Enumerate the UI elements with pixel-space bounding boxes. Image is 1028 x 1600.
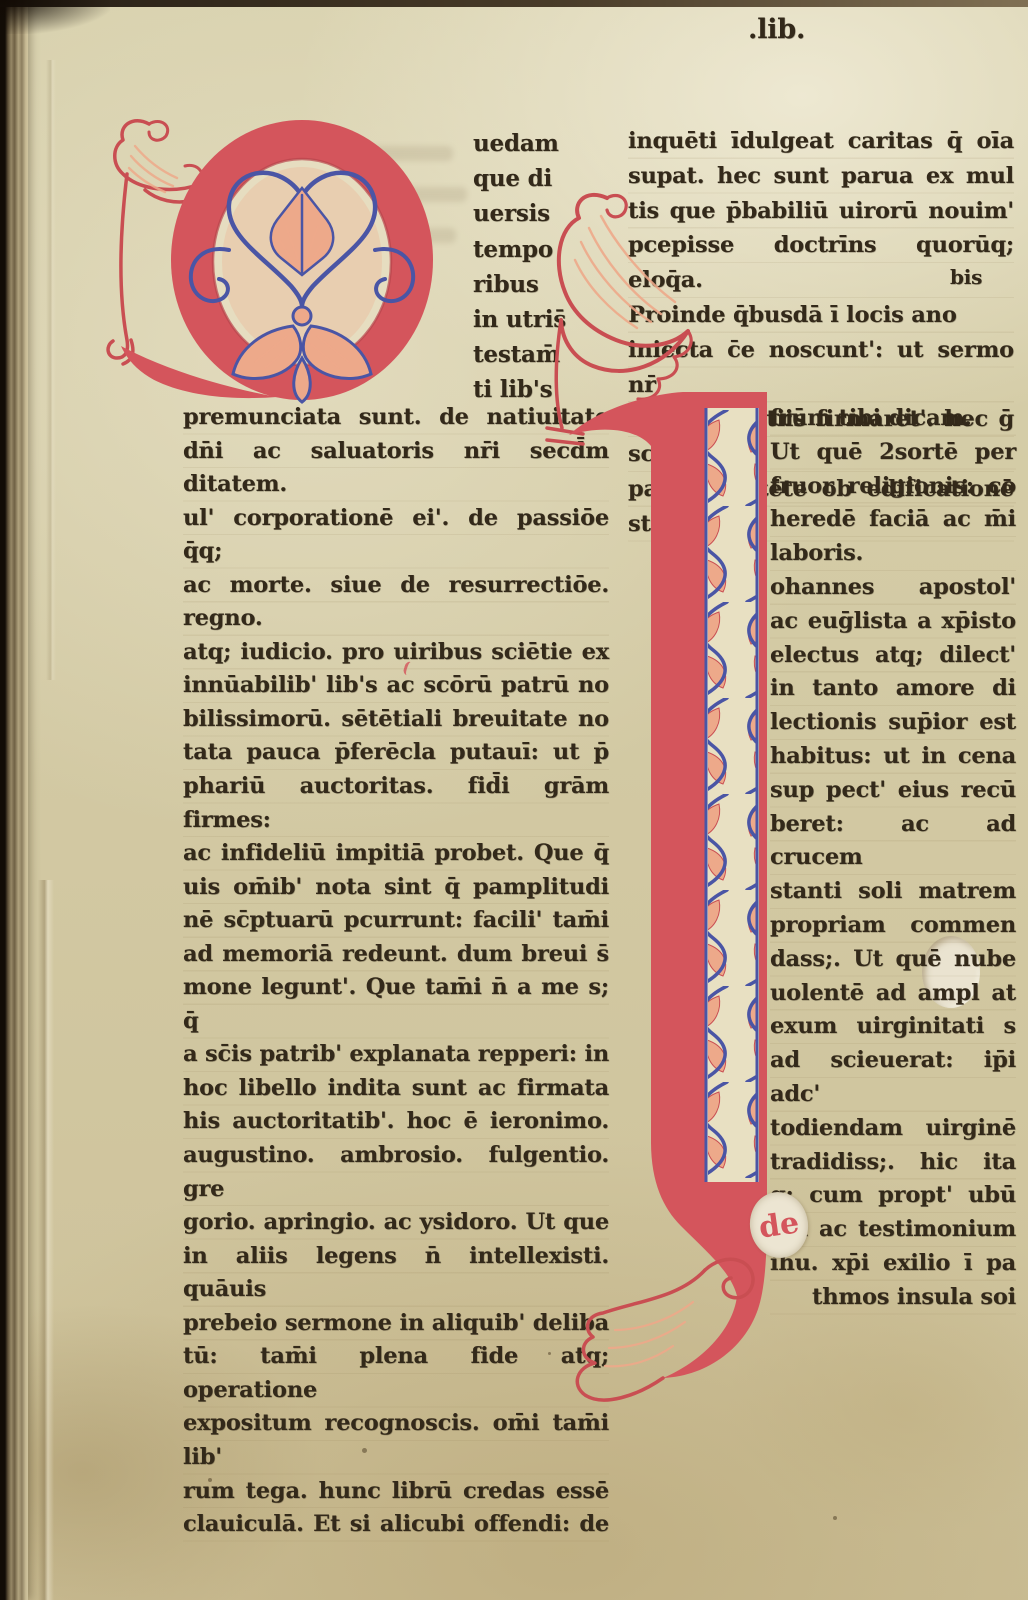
parchment-fold-upper <box>46 60 56 680</box>
text-line: dass;. Ut quē nube <box>770 943 1016 977</box>
text-line: ad scieuerat: ip̄i adc' <box>770 1044 1016 1112</box>
text-line: todiendam uirginē <box>770 1112 1016 1146</box>
text-line: ac euḡlista a xp̄isto <box>770 605 1016 639</box>
text-line: ihu. xp̄i exilio ī pa <box>770 1247 1016 1281</box>
running-title: .lib. <box>748 14 805 45</box>
text-line: lectionis sup̄ior est <box>770 706 1016 740</box>
parchment-fold <box>38 880 54 1600</box>
text-line: in tanto amore di <box>770 672 1016 706</box>
text-line: uedam <box>473 126 603 161</box>
text-line: propriam commen <box>770 909 1016 943</box>
text-line: rum tega. hunc librū credas essē <box>183 1475 609 1509</box>
text-line: frūm tibi dicam. <box>770 402 1016 436</box>
manuscript-page: .lib. uedamque diuersistemporibusin utri… <box>0 0 1028 1600</box>
text-line: clauiculā. Et si alicubi offendi: de <box>183 1508 609 1542</box>
text-line: exum uirginitati s <box>770 1010 1016 1044</box>
text-line: expositum recognoscis. om̄i tam̄i lib' <box>183 1407 609 1474</box>
book-top-edge <box>0 0 1028 7</box>
book-page-edges <box>0 0 28 1600</box>
text-line: inquēti īdulgeat caritas q̄ oīa <box>628 124 1014 159</box>
text-line: Ut quē 2sortē per <box>770 436 1016 470</box>
right-column-lower-text: frūm tibi dicam.Ut quē 2sortē perfruor r… <box>770 402 1016 1315</box>
text-line: uolentē ad ampl at <box>770 977 1016 1011</box>
text-line: sup pect' eius recū <box>770 774 1016 808</box>
illuminated-initial-Q <box>105 100 440 415</box>
text-line: laboris. <box>770 537 1016 571</box>
text-line: stanti soli matrem <box>770 875 1016 909</box>
text-line: electus atq; dilect' <box>770 639 1016 673</box>
ink-speck <box>833 1516 837 1520</box>
text-line: heredē faciā ac m̄i <box>770 503 1016 537</box>
marginal-mark-text: de <box>757 1205 802 1245</box>
text-line: tradidiss;. hic ita <box>770 1146 1016 1180</box>
text-line: fruor religionis: co <box>770 470 1016 504</box>
binding-shadow <box>0 0 110 34</box>
text-line: q; cum propt' ubū <box>770 1179 1016 1213</box>
text-line: beret: ac ad crucem <box>770 808 1016 876</box>
interlinear-insertion: bis <box>950 265 982 289</box>
text-line: thmos insula soi <box>770 1281 1016 1315</box>
text-line: ohannes apostol' <box>770 571 1016 605</box>
text-line: habitus: ut in cena <box>770 740 1016 774</box>
